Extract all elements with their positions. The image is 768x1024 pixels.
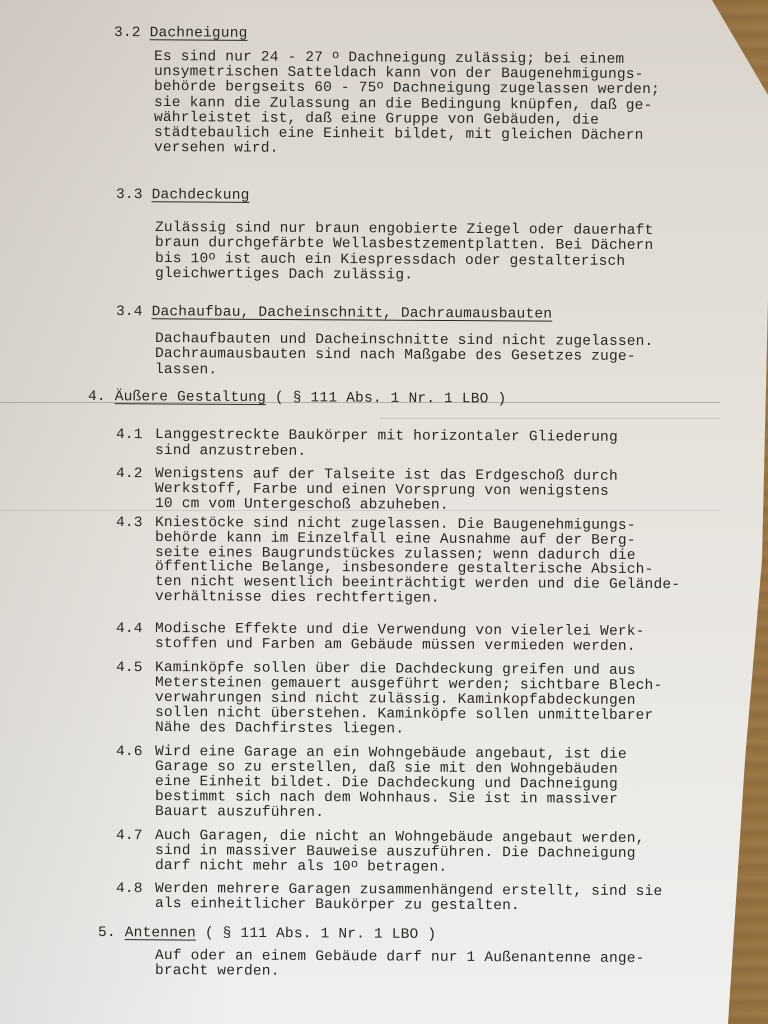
section-number: 4.1 <box>116 428 143 443</box>
section-heading-title: Äußere Gestaltung <box>115 389 266 406</box>
section-number: 4.4 <box>116 622 143 637</box>
section-heading: 3.3 Dachdeckung <box>116 188 250 204</box>
section-number: 4.7 <box>116 829 143 844</box>
section-number: 4.2 <box>116 467 143 482</box>
body-text-line: versehen wird. <box>154 141 279 157</box>
body-text-line: Nähe des Dachfirstes liegen. <box>155 721 404 738</box>
body-text-line: 10 cm vom Untergeschoß abzuheben. <box>155 497 449 514</box>
section-number: 4.8 <box>116 882 143 897</box>
body-text-line: verhältnisse dies rechtfertigen. <box>155 590 440 607</box>
section-number: 4.6 <box>116 745 143 760</box>
body-text-line: stoffen und Farben am Gebäude müssen ver… <box>155 637 636 655</box>
body-text-line: als einheitlicher Baukörper zu gestalten… <box>155 897 520 914</box>
section-heading-title: Dachdeckung <box>152 187 250 204</box>
section-heading: 4. Äußere Gestaltung ( § 111 Abs. 1 Nr. … <box>88 390 506 408</box>
body-text-line: lassen. <box>155 363 217 378</box>
body-text-line: bracht werden. <box>155 964 280 980</box>
section-number: 4.5 <box>116 661 143 676</box>
document-page: 3.2 DachneigungEs sind nur 24 - 27 o Dac… <box>0 0 768 1024</box>
section-heading: 5. Antennen ( § 111 Abs. 1 Nr. 1 LBO ) <box>98 926 436 943</box>
section-number: 4.3 <box>116 516 143 531</box>
body-text-line: Dachraumausbauten sind nach Maßgabe des … <box>155 347 636 365</box>
body-text-line: gleichwertiges Dach zulässig. <box>155 267 413 284</box>
section-heading-title: Dachneigung <box>150 25 248 42</box>
page-fold-line <box>380 418 720 419</box>
body-text-line: darf nicht mehr als 10o betragen. <box>155 859 447 876</box>
section-heading: 3.4 Dachaufbau, Dacheinschnitt, Dachraum… <box>116 305 552 323</box>
body-text-line: Bauart auszuführen. <box>155 805 324 821</box>
section-heading-title: Dachaufbau, Dacheinschnitt, Dachraumausb… <box>152 304 553 322</box>
body-text-line: sind anzustreben. <box>155 444 306 460</box>
section-heading: 3.2 Dachneigung <box>114 26 248 42</box>
section-heading-title: Antennen <box>125 925 196 941</box>
